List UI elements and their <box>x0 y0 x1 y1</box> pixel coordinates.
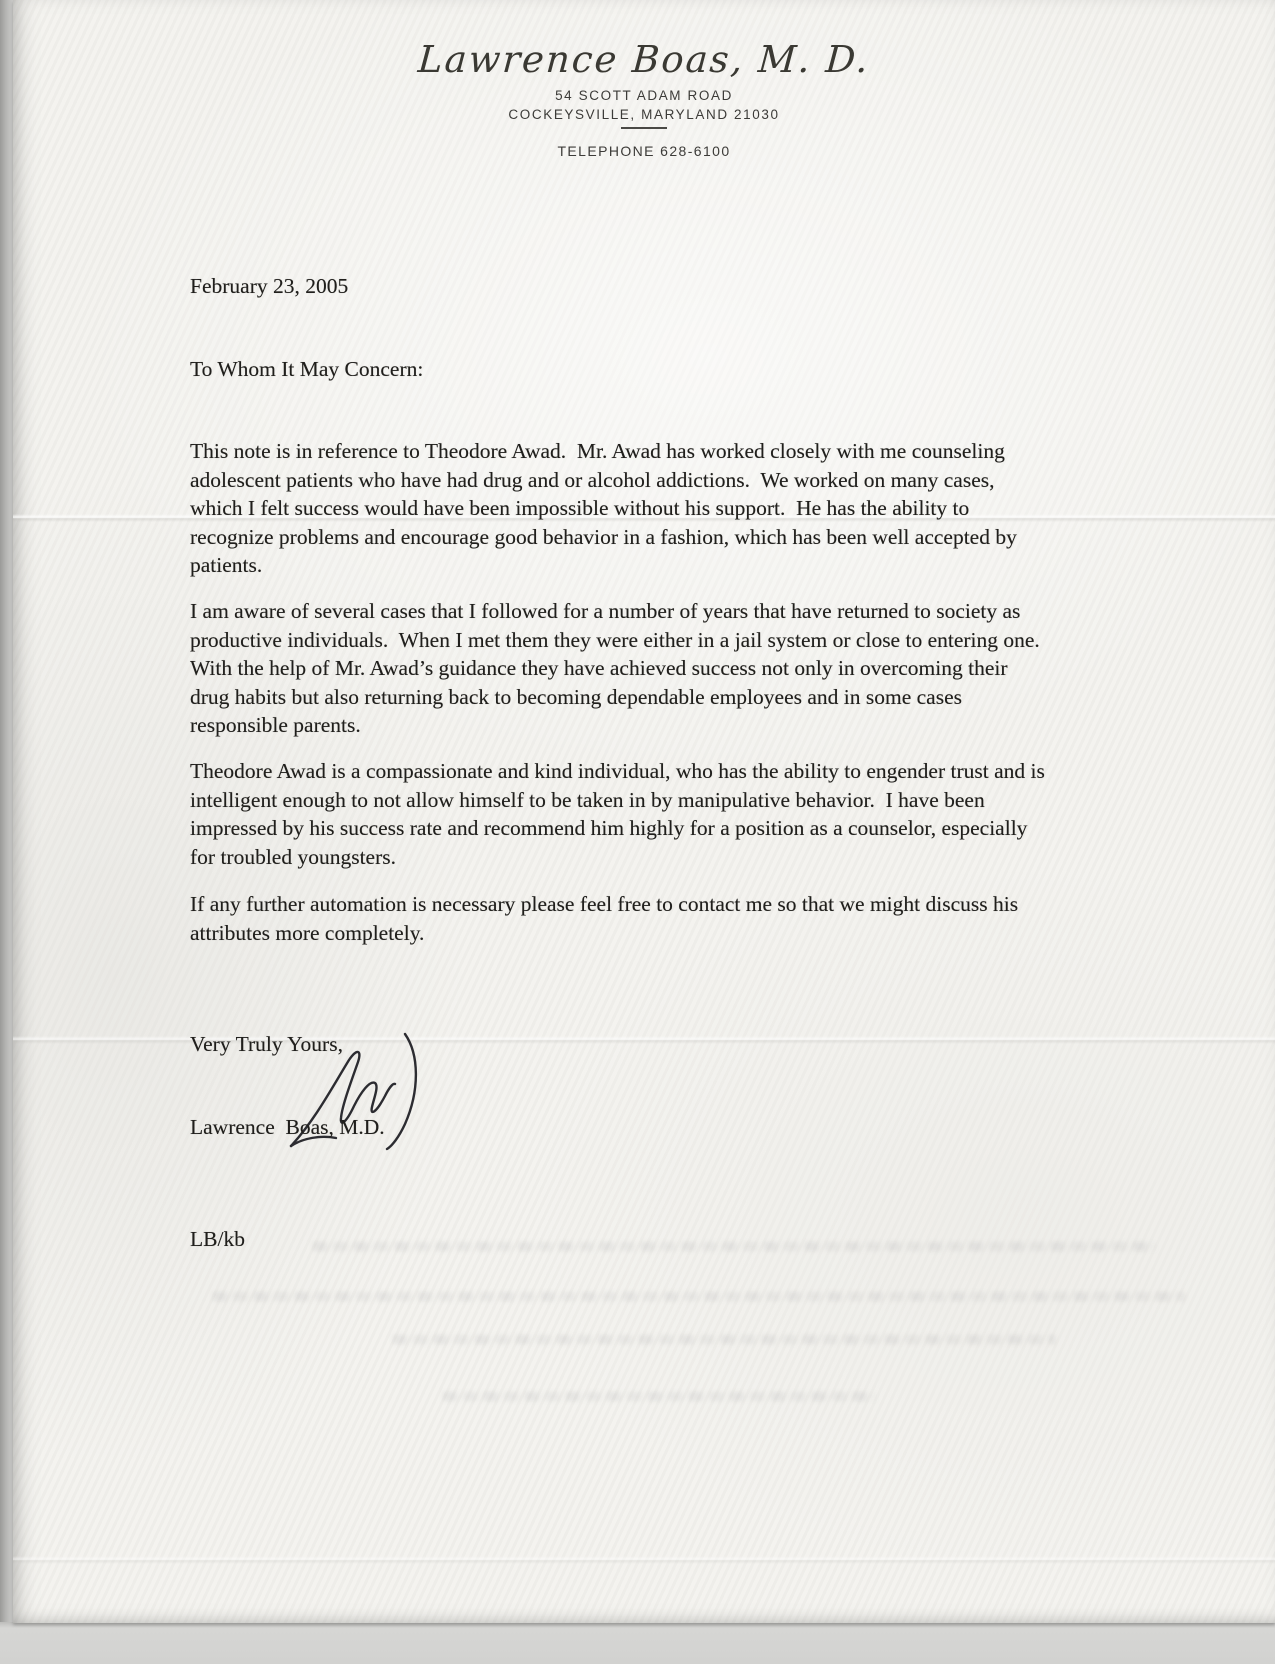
letterhead-address-line2: COCKEYSVILLE, MARYLAND 21030 <box>13 107 1275 122</box>
handwritten-signature <box>281 1028 441 1178</box>
letterhead-telephone: TELEPHONE 628-6100 <box>13 143 1275 159</box>
scanned-letter-page: Lawrence Boas, M. D. 54 SCOTT ADAM ROAD … <box>0 0 1275 1664</box>
signer-name: Lawrence Boas, M.D. <box>190 1113 1052 1142</box>
body-paragraph-1: This note is in reference to Theodore Aw… <box>190 437 1052 580</box>
letter-date: February 23, 2005 <box>190 272 1052 301</box>
scanner-background-bottom <box>0 1622 1275 1664</box>
body-paragraph-2: I am aware of several cases that I follo… <box>190 597 1052 740</box>
fold-crease-lower <box>13 1556 1275 1564</box>
letter-salutation: To Whom It May Concern: <box>190 355 1052 384</box>
bleed-through-text <box>213 1292 1185 1301</box>
body-paragraph-4: If any further automation is necessary p… <box>190 890 1052 947</box>
body-paragraph-3: Theodore Awad is a compassionate and kin… <box>190 757 1052 871</box>
letter-paper: Lawrence Boas, M. D. 54 SCOTT ADAM ROAD … <box>13 0 1275 1623</box>
bleed-through-text <box>443 1392 875 1401</box>
reference-initials: LB/kb <box>190 1225 1052 1254</box>
bleed-through-text <box>393 1335 1055 1344</box>
letterhead-address-line1: 54 SCOTT ADAM ROAD <box>13 88 1275 103</box>
letterhead-rule <box>621 127 667 129</box>
letterhead: Lawrence Boas, M. D. 54 SCOTT ADAM ROAD … <box>13 38 1275 159</box>
letterhead-name: Lawrence Boas, M. D. <box>11 38 1275 81</box>
